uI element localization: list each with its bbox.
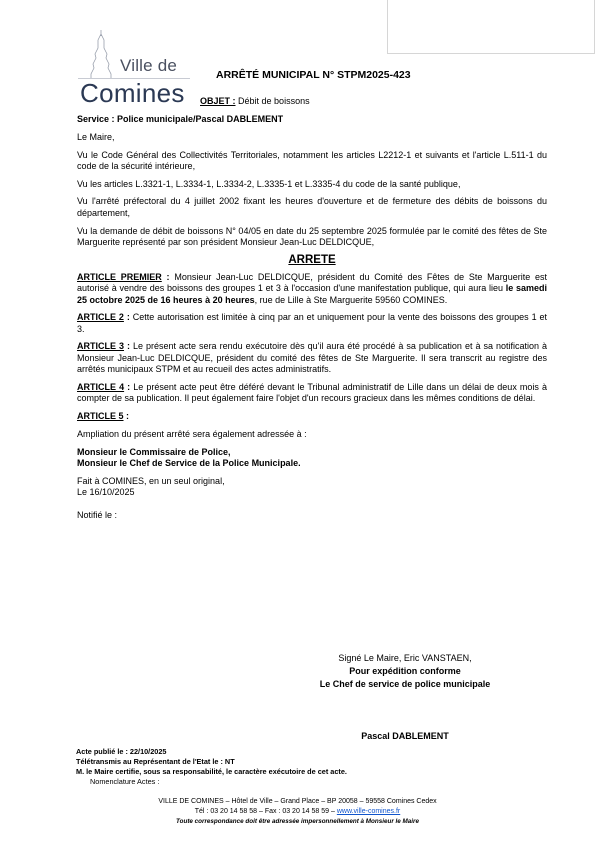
- article-label: ARTICLE 5: [77, 411, 124, 421]
- stamp-box: [387, 0, 595, 54]
- opening: Le Maire,: [77, 132, 547, 143]
- page-footer: VILLE DE COMINES – Hôtel de Ville – Gran…: [0, 797, 595, 827]
- certification: M. le Maire certifie, sous sa responsabi…: [76, 767, 347, 777]
- article-label: ARTICLE 3: [77, 341, 124, 351]
- church-spire-icon: [86, 28, 116, 80]
- publication-date: Acte publié le : 22/10/2025: [76, 747, 347, 757]
- ampliation: Ampliation du présent arrêté sera égalem…: [77, 429, 547, 440]
- recipient: Monsieur le Chef de Service de la Police…: [77, 458, 301, 468]
- vu-clause-2: Vu les articles L.3321-1, L.3334-1, L.33…: [77, 179, 547, 190]
- document-title: ARRÊTÉ MUNICIPAL N° STPM2025-423: [216, 69, 411, 81]
- article-label: ARTICLE PREMIER: [77, 272, 162, 282]
- logo-comines: Comines: [80, 78, 185, 109]
- footer-contact: Tél : 03 20 14 58 58 – Fax : 03 20 14 58…: [0, 807, 595, 817]
- signature-block: Signé Le Maire, Eric VANSTAEN, Pour expé…: [290, 652, 520, 691]
- teletransmission: Télétransmis au Représentant de l'Etat l…: [76, 757, 347, 767]
- ville-de-comines-logo: Ville de Comines: [78, 28, 193, 108]
- vu-clause-4: Vu la demande de débit de boissons N° 04…: [77, 226, 547, 249]
- article-2: ARTICLE 2 : Cette autorisation est limit…: [77, 312, 547, 335]
- article-premier: ARTICLE PREMIER : Monsieur Jean-Luc DELD…: [77, 272, 547, 306]
- vu-clause-1: Vu le Code Général des Collectivités Ter…: [77, 150, 547, 173]
- article-label: ARTICLE 4: [77, 382, 124, 392]
- document-body: Service : Police municipale/Pascal DABLE…: [77, 114, 547, 528]
- objet-label: OBJET :: [200, 96, 236, 106]
- vu-clause-3: Vu l'arrêté préfectoral du 4 juillet 200…: [77, 196, 547, 219]
- notifie-le: Notifié le :: [77, 510, 547, 521]
- signatory-name: Pascal DABLEMENT: [290, 730, 520, 743]
- signature-conforme: Pour expédition conforme: [290, 665, 520, 678]
- article-5: ARTICLE 5 :: [77, 411, 547, 422]
- objet-value: Débit de boissons: [238, 96, 310, 106]
- arrete-heading: ARRETE: [77, 255, 547, 266]
- article-3: ARTICLE 3 : Le présent acte sera rendu e…: [77, 341, 547, 375]
- service-line: Service : Police municipale/Pascal DABLE…: [77, 114, 547, 125]
- footer-note: Toute correspondance doit être adressée …: [0, 817, 595, 827]
- article-label: ARTICLE 2: [77, 312, 124, 322]
- objet-line: OBJET : Débit de boissons: [200, 96, 310, 106]
- recipient: Monsieur le Commissaire de Police,: [77, 447, 231, 457]
- signature-mayor: Signé Le Maire, Eric VANSTAEN,: [290, 652, 520, 665]
- footer-phone: Tél : 03 20 14 58 58 – Fax : 03 20 14 58…: [195, 808, 337, 815]
- fait-a: Fait à COMINES, en un seul original, Le …: [77, 476, 547, 499]
- nomenclature: Nomenclature Actes :: [76, 777, 347, 787]
- recipients: Monsieur le Commissaire de Police, Monsi…: [77, 447, 547, 470]
- document-date: Le 16/10/2025: [77, 487, 135, 497]
- footer-address: VILLE DE COMINES – Hôtel de Ville – Gran…: [0, 797, 595, 807]
- signature-role: Le Chef de service de police municipale: [290, 678, 520, 691]
- website-link[interactable]: www.ville-comines.fr: [337, 808, 400, 815]
- logo-ville-de: Ville de: [120, 56, 177, 76]
- publication-info: Acte publié le : 22/10/2025 Télétransmis…: [76, 747, 347, 787]
- article-4: ARTICLE 4 : Le présent acte peut être dé…: [77, 382, 547, 405]
